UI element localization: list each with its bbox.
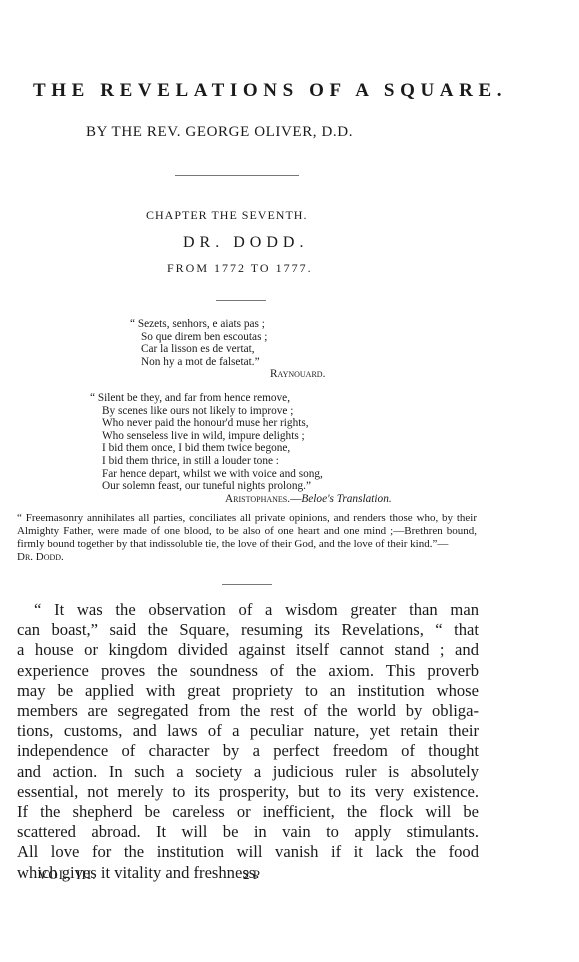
chapter-subject: DR. DODD. [183,234,308,252]
title-divider [175,175,299,176]
body-line: and action. In such a society a judiciou… [17,762,479,782]
page-title: THE REVELATIONS OF A SQUARE. [33,80,507,102]
verse-line: Far hence depart, whilst we with voice a… [90,468,392,481]
body-line: a house or kingdom divided against itsel… [17,640,479,660]
signature-mark: 2 P [243,867,260,883]
verse-line: “ Silent be they, and far from hence rem… [90,392,392,405]
verse-raynouard: “ Sezets, senhors, e aiats pas ; So que … [130,318,325,381]
verse-line: Our solemn feast, our tuneful nights pro… [90,480,392,493]
chapter-divider [216,300,266,301]
body-line: may be applied with great propriety to a… [17,681,479,701]
body-line: can boast,” said the Square, resuming it… [17,620,479,640]
epigraph-attribution: Dr. Dodd. [17,551,64,563]
attribution-translation: Beloe's Translation. [301,493,391,505]
volume-label: VOL. III. [38,867,96,883]
body-line: If the shepherd be careless or inefficie… [17,802,479,822]
verse-attribution: Raynouard. [130,368,325,381]
chapter-dates: FROM 1772 TO 1777. [167,261,313,276]
body-line: independence of character by a perfect f… [17,741,479,761]
epigraph-text: “ Freemasonry annihilates all parties, c… [17,512,477,550]
verse-line: Who senseless live in wild, impure delig… [90,430,392,443]
body-paragraph: “ It was the observation of a wisdom gre… [17,600,479,883]
verse-line: “ Sezets, senhors, e aiats pas ; [130,318,325,331]
body-line: essential, not merely to its prosperity,… [17,782,479,802]
body-line: “ It was the observation of a wisdom gre… [17,600,479,620]
author-byline: BY THE REV. GEORGE OLIVER, D.D. [86,124,353,141]
chapter-heading: CHAPTER THE SEVENTH. [146,208,307,223]
body-line: All love for the institution will vanish… [17,842,479,862]
body-line: members are segregated from the rest of … [17,701,479,721]
verse-line: I bid them once, I bid them twice begone… [90,442,392,455]
verse-line: Who never paid the honour'd muse her rig… [90,417,392,430]
verse-line: I bid them thrice, in still a louder ton… [90,455,392,468]
body-line: experience proves the soundness of the a… [17,661,479,681]
body-line: tions, customs, and laws of a peculiar n… [17,721,479,741]
verse-line: Car la lisson es de vertat, [130,343,325,356]
verse-aristophanes: “ Silent be they, and far from hence rem… [90,392,392,505]
epigraph-divider [222,584,272,585]
verse-attribution: Aristophanes.—Beloe's Translation. [90,493,392,506]
epigraph: “ Freemasonry annihilates all parties, c… [17,512,477,564]
verse-line: By scenes like ours not likely to improv… [90,405,392,418]
body-line: scattered abroad. It will be in vain to … [17,822,479,842]
attribution-author: Aristophanes.— [225,493,301,505]
verse-line: So que direm ben escoutas ; [130,331,325,344]
verse-line: Non hy a mot de falsetat.” [130,356,325,369]
